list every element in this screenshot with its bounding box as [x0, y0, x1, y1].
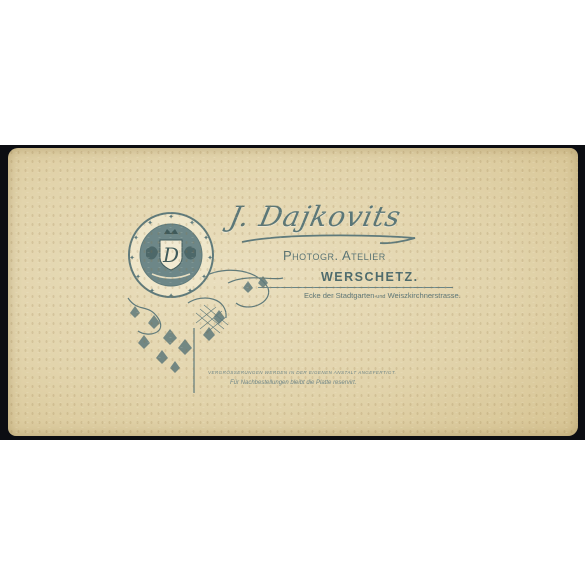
svg-text:D: D: [162, 243, 179, 267]
svg-text:✦: ✦: [207, 254, 213, 262]
enlargement-notice: VERGRÖSSERUNGEN WERDEN IN DER EIGENEN AN…: [208, 370, 396, 375]
svg-text:✦: ✦: [149, 287, 155, 295]
svg-text:✦: ✦: [203, 234, 209, 242]
cabinet-card: ✦✦✦ ✦✦✦ ✦✦✦ ✦✦✦ D J. Dajkovits Photogr. …: [8, 148, 578, 436]
svg-text:✦: ✦: [135, 273, 141, 281]
studio-address: Ecke der Stadtgarten-und Weiszkirchnerst…: [304, 291, 461, 300]
reorder-notice: Für Nachbestellungen bleibt die Platte r…: [230, 380, 356, 386]
svg-text:✦: ✦: [168, 292, 174, 300]
studio-signature: J. Dajkovits: [226, 200, 404, 233]
svg-text:✦: ✦: [133, 234, 139, 242]
studio-type: Photogr. Atelier: [283, 248, 386, 263]
svg-text:✦: ✦: [201, 273, 207, 281]
signature-flourish-icon: [240, 232, 420, 246]
divider-rule: [258, 287, 453, 288]
svg-text:✦: ✦: [187, 287, 193, 295]
svg-text:✦: ✦: [189, 219, 195, 227]
svg-text:✦: ✦: [147, 219, 153, 227]
address-prefix: Ecke der Stadtgarten: [304, 291, 374, 300]
studio-city: WERSCHETZ.: [321, 270, 419, 284]
svg-text:✦: ✦: [168, 213, 174, 221]
address-suffix: Weiszkirchnerstrasse.: [388, 291, 461, 300]
crowned-monogram-emblem-icon: ✦✦✦ ✦✦✦ ✦✦✦ ✦✦✦ D: [126, 210, 216, 300]
svg-text:✦: ✦: [129, 254, 135, 262]
address-connector: -und: [374, 294, 385, 300]
